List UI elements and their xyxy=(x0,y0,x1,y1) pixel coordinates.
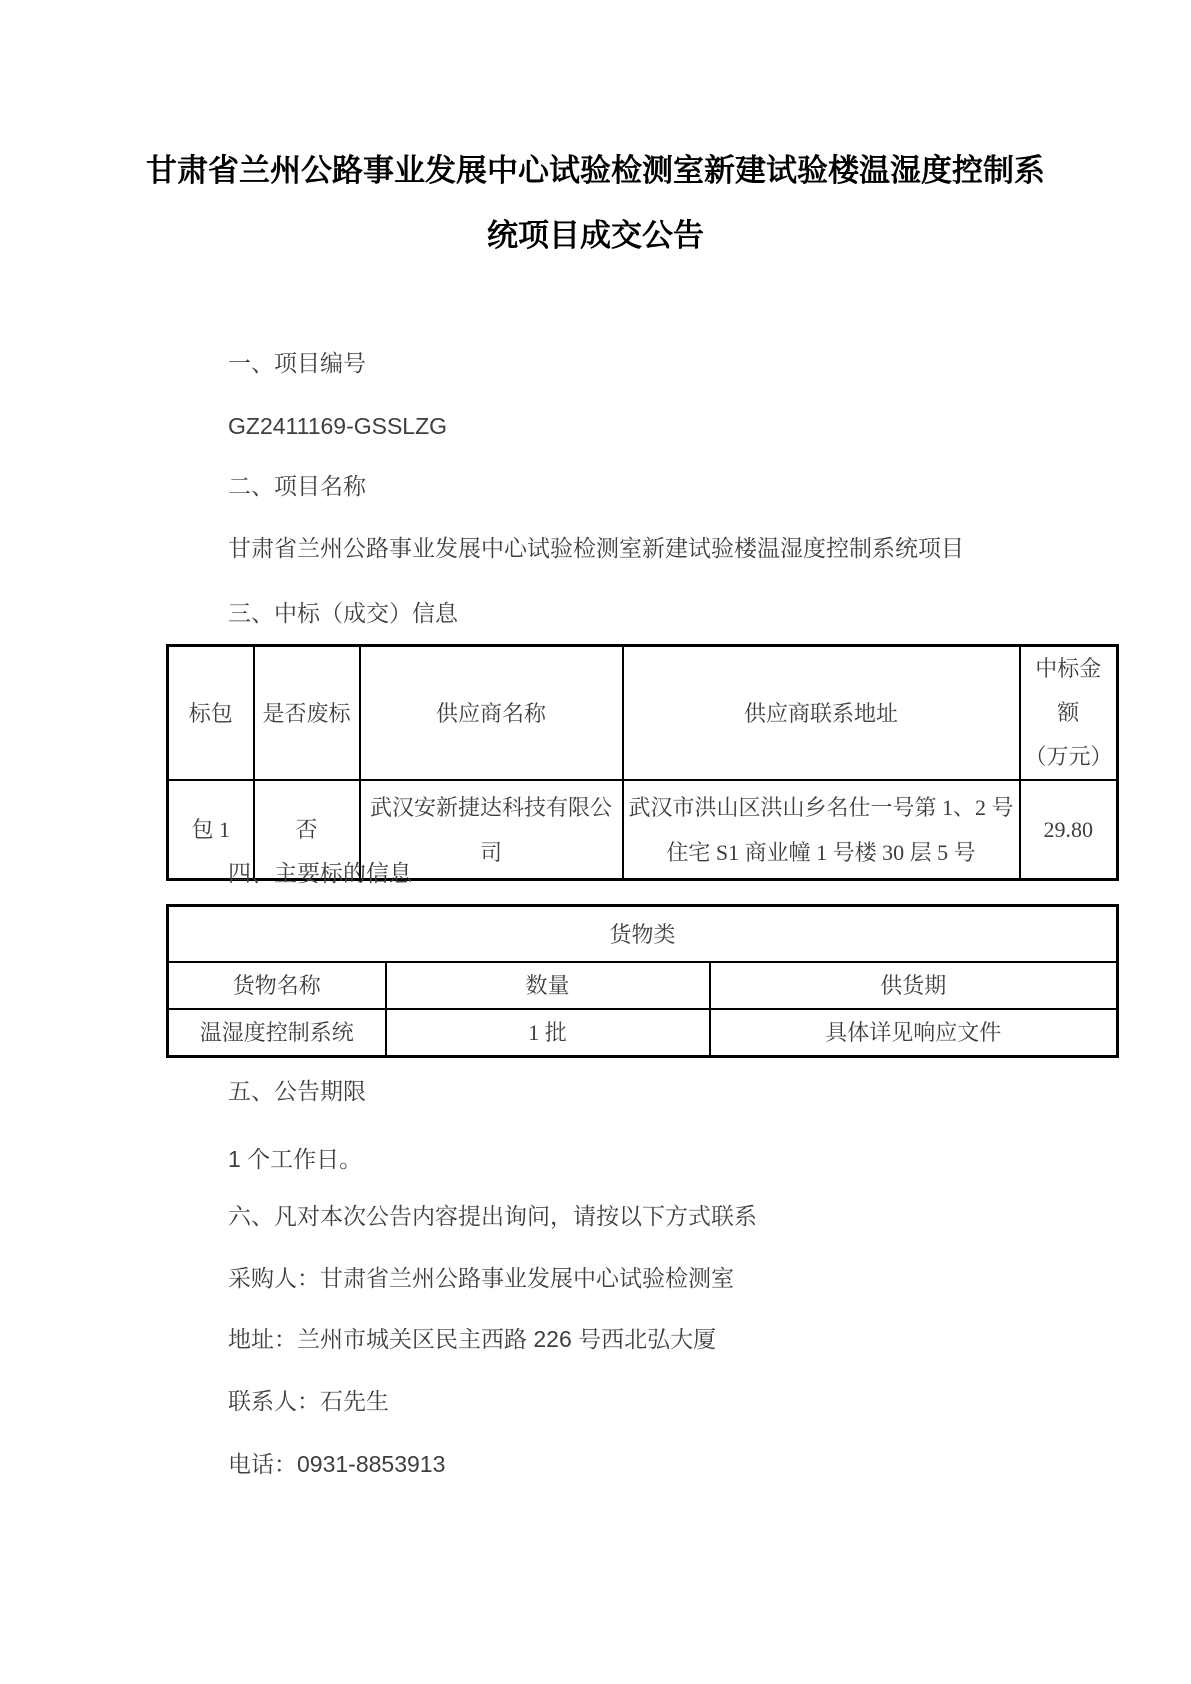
award-header-amount: 中标金额 （万元） xyxy=(1020,646,1118,781)
subject-category-row: 货物类 xyxy=(168,906,1118,963)
subject-cell-quantity: 1 批 xyxy=(386,1009,710,1057)
document-title: 甘肃省兰州公路事业发展中心试验检测室新建试验楼温湿度控制系 统项目成交公告 xyxy=(0,138,1191,268)
section-1-heading: 一、项目编号 xyxy=(228,350,1116,377)
subject-header-name: 货物名称 xyxy=(168,962,386,1009)
subject-cell-name: 温湿度控制系统 xyxy=(168,1009,386,1057)
award-table-header-row: 标包 是否废标 供应商名称 供应商联系地址 中标金额 （万元） xyxy=(168,646,1118,781)
award-header-amount-line-1: 中标金额 xyxy=(1025,647,1113,735)
contact-address: 地址：兰州市城关区民主西路 226 号西北弘大厦 xyxy=(228,1326,1116,1353)
section-2-heading: 二、项目名称 xyxy=(228,473,1116,500)
section-3-heading: 三、中标（成交）信息 xyxy=(228,600,1116,627)
section-5-heading: 五、公告期限 xyxy=(228,1078,1116,1105)
award-info-table: 标包 是否废标 供应商名称 供应商联系地址 中标金额 （万元） 包 1 否 武汉… xyxy=(166,644,1119,881)
award-header-package: 标包 xyxy=(168,646,254,781)
project-number: GZ2411169-GSSLZG xyxy=(228,413,1116,440)
section-6-heading: 六、凡对本次公告内容提出询问，请按以下方式联系 xyxy=(228,1203,1116,1230)
subject-header-quantity: 数量 xyxy=(386,962,710,1009)
contact-phone: 电话：0931-8853913 xyxy=(228,1451,1116,1478)
document-title-line-1: 甘肃省兰州公路事业发展中心试验检测室新建试验楼温湿度控制系 xyxy=(0,138,1191,203)
subject-header-row: 货物名称 数量 供货期 xyxy=(168,962,1118,1009)
contact-buyer: 采购人：甘肃省兰州公路事业发展中心试验检测室 xyxy=(228,1265,1116,1292)
document-title-line-2: 统项目成交公告 xyxy=(0,203,1191,268)
subject-info-table: 货物类 货物名称 数量 供货期 温湿度控制系统 1 批 具体详见响应文件 xyxy=(166,904,1119,1058)
subject-category: 货物类 xyxy=(168,906,1118,963)
award-header-address: 供应商联系地址 xyxy=(623,646,1020,781)
subject-header-period: 供货期 xyxy=(710,962,1118,1009)
award-header-supplier: 供应商名称 xyxy=(360,646,623,781)
subject-cell-period: 具体详见响应文件 xyxy=(710,1009,1118,1057)
announcement-period: 1 个工作日。 xyxy=(228,1146,1116,1173)
award-header-amount-line-2: （万元） xyxy=(1025,735,1113,779)
project-name: 甘肃省兰州公路事业发展中心试验检测室新建试验楼温湿度控制系统项目 xyxy=(228,535,1116,562)
contact-person: 联系人：石先生 xyxy=(228,1388,1116,1415)
section-4-heading: 四、主要标的信息 xyxy=(228,860,1116,887)
announcement-document: 甘肃省兰州公路事业发展中心试验检测室新建试验楼温湿度控制系 统项目成交公告 一、… xyxy=(0,0,1191,1684)
subject-data-row: 温湿度控制系统 1 批 具体详见响应文件 xyxy=(168,1009,1118,1057)
award-header-invalid: 是否废标 xyxy=(254,646,360,781)
